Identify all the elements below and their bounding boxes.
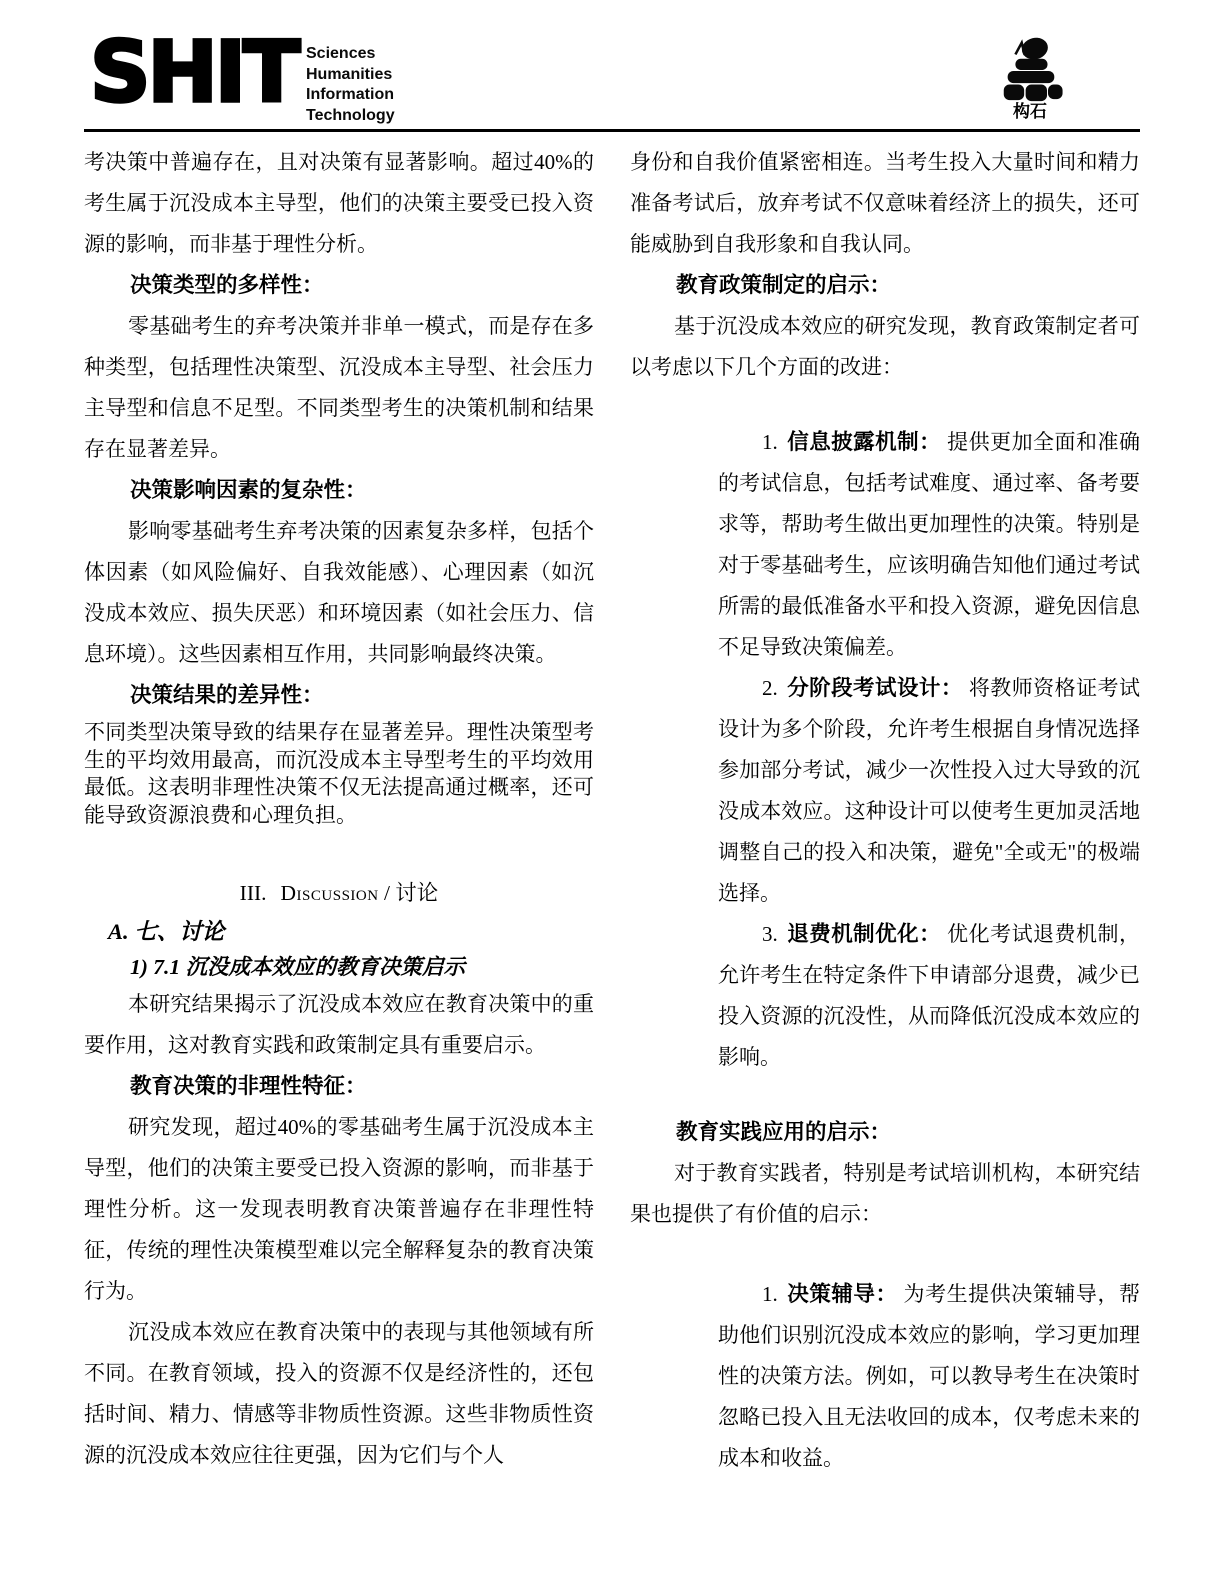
paragraph: 研究发现，超过40%的零基础考生属于沉没成本主导型，他们的决策主要受已投入资源的… bbox=[84, 1107, 594, 1312]
subsection-heading: A. 七、讨论 bbox=[84, 914, 594, 950]
subheading: 教育政策制定的启示： bbox=[630, 265, 1140, 306]
item-number: 3. bbox=[762, 922, 778, 946]
section-number: III. bbox=[240, 881, 267, 905]
tagline-line: Technology bbox=[306, 106, 395, 127]
item-label: 信息披露机制： bbox=[787, 430, 941, 454]
subsubsection-number: 1) bbox=[130, 955, 148, 979]
paragraph: 沉没成本效应在教育决策中的表现与其他领域有所不同。在教育领域，投入的资源不仅是经… bbox=[84, 1312, 594, 1476]
subheading: 决策结果的差异性： bbox=[84, 675, 594, 716]
numbered-item: 1.信息披露机制：提供更加全面和准确的考试信息，包括考试难度、通过率、备考要求等… bbox=[718, 422, 1140, 668]
numbered-item: 2.分阶段考试设计：将教师资格证考试设计为多个阶段，允许考生根据自身情况选择参加… bbox=[718, 668, 1140, 914]
item-label: 分阶段考试设计： bbox=[787, 676, 963, 700]
numbered-item: 3.退费机制优化：优化考试退费机制，允许考生在特定条件下申请部分退费，减少已投入… bbox=[718, 914, 1140, 1078]
tagline-line: Humanities bbox=[306, 65, 395, 86]
subheading: 决策影响因素的复杂性： bbox=[84, 470, 594, 511]
subsection-letter: A. bbox=[108, 919, 129, 944]
subheading: 教育实践应用的启示： bbox=[630, 1112, 1140, 1153]
tagline-line: Sciences bbox=[306, 44, 395, 65]
paragraph: 不同类型决策导致的结果存在显著差异。理性决策型考生的平均效用最高，而沉没成本主导… bbox=[84, 719, 594, 829]
section-heading-discussion: III.Discussion / 讨论 bbox=[84, 873, 594, 914]
section-title-suffix: / 讨论 bbox=[384, 881, 438, 905]
item-text: 提供更加全面和准确的考试信息，包括考试难度、通过率、备考要求等，帮助考生做出更加… bbox=[718, 430, 1140, 659]
numbered-item: 1.决策辅导：为考生提供决策辅导，帮助他们识别沉没成本效应的影响，学习更加理性的… bbox=[718, 1274, 1140, 1479]
subheading: 决策类型的多样性： bbox=[84, 265, 594, 306]
paragraph: 身份和自我价值紧密相连。当考生投入大量时间和精力准备考试后，放弃考试不仅意味着经… bbox=[630, 142, 1140, 265]
item-label: 决策辅导： bbox=[787, 1282, 898, 1306]
article-body: 考决策中普遍存在，且对决策有显著影响。超过40%的考生属于沉没成本主导型，他们的… bbox=[84, 142, 1140, 1479]
subheading: 教育决策的非理性特征： bbox=[84, 1066, 594, 1107]
item-text: 为考生提供决策辅导，帮助他们识别沉没成本效应的影响，学习更加理性的决策方法。例如… bbox=[718, 1282, 1140, 1470]
item-label: 退费机制优化： bbox=[787, 922, 941, 946]
item-number: 2. bbox=[762, 676, 778, 700]
item-text: 将教师资格证考试设计为多个阶段，允许考生根据自身情况选择参加部分考试，减少一次性… bbox=[718, 676, 1140, 905]
rock-pile-icon bbox=[978, 34, 1082, 104]
journal-wordmark: SHIT bbox=[90, 28, 297, 116]
paragraph: 本研究结果揭示了沉没成本效应在教育决策中的重要作用，这对教育实践和政策制定具有重… bbox=[84, 984, 594, 1066]
right-column: 身份和自我价值紧密相连。当考生投入大量时间和精力准备考试后，放弃考试不仅意味着经… bbox=[630, 142, 1140, 1479]
tagline-line: Information bbox=[306, 85, 395, 106]
subsection-title: 七、讨论 bbox=[134, 919, 224, 944]
paragraph: 考决策中普遍存在，且对决策有显著影响。超过40%的考生属于沉没成本主导型，他们的… bbox=[84, 142, 594, 265]
item-number: 1. bbox=[762, 1282, 778, 1306]
publisher-name: 构石 bbox=[978, 103, 1082, 121]
publisher-logo: 构石 bbox=[978, 34, 1082, 121]
paragraph: 对于教育实践者，特别是考试培训机构，本研究结果也提供了有价值的启示： bbox=[630, 1153, 1140, 1235]
left-column: 考决策中普遍存在，且对决策有显著影响。超过40%的考生属于沉没成本主导型，他们的… bbox=[84, 142, 594, 1479]
paragraph: 零基础考生的弃考决策并非单一模式，而是存在多种类型，包括理性决策型、沉没成本主导… bbox=[84, 306, 594, 470]
item-number: 1. bbox=[762, 430, 778, 454]
section-title: Discussion bbox=[281, 881, 379, 905]
paragraph: 基于沉没成本效应的研究发现，教育政策制定者可以考虑以下几个方面的改进： bbox=[630, 306, 1140, 388]
journal-tagline: Sciences Humanities Information Technolo… bbox=[306, 44, 395, 126]
subsubsection-index: 7.1 bbox=[153, 955, 180, 979]
paper-page: SHIT Sciences Humanities Information Tec… bbox=[0, 0, 1224, 1584]
header-divider bbox=[84, 129, 1140, 132]
paragraph: 影响零基础考生弃考决策的因素复杂多样，包括个体因素（如风险偏好、自我效能感）、心… bbox=[84, 511, 594, 675]
subsubsection-title: 沉没成本效应的教育决策启示 bbox=[186, 955, 466, 979]
subsubsection-heading: 1) 7.1 沉没成本效应的教育决策启示 bbox=[84, 950, 594, 984]
